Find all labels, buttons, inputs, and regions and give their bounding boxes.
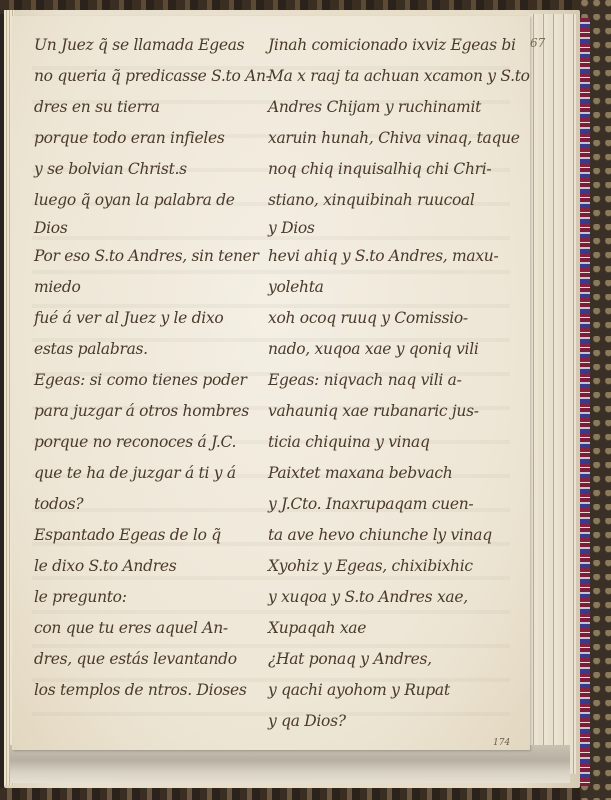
text-line: los templos de ntros. Dioses: [34, 675, 269, 706]
text-line: Egeas: si como tienes poder: [34, 365, 269, 396]
text-line: Espantado Egeas de lo q̃: [34, 520, 269, 551]
spanish-column: Un Juez q̃ se llamada Egeas no queria q̃…: [34, 30, 269, 706]
text-line: con que tu eres aquel An-: [34, 613, 269, 644]
text-line: hevi ahiq y S.to Andres, maxu-: [268, 241, 538, 272]
text-line: dres, que estás levantando: [34, 644, 269, 675]
text-line: estas palabras.: [34, 334, 269, 365]
page-number-bottom: 174: [493, 738, 510, 748]
book-cover-bottom: [0, 788, 611, 800]
maya-column: Jinah comicionado ixviz Egeas bi Ma x ra…: [268, 30, 538, 737]
text-line: y qachi ayohom y Rupat: [268, 675, 538, 706]
text-line: Paixtet maxana bebvach: [268, 458, 538, 489]
text-line: miedo: [34, 272, 269, 303]
text-line: y xuqoa y S.to Andres xae,: [268, 582, 538, 613]
text-line: ta ave hevo chiunche ly vinaq: [268, 520, 538, 551]
text-line: xaruin hunah, Chiva vinaq, taque: [268, 123, 538, 154]
text-line: le dixo S.to Andres: [34, 551, 269, 582]
text-line: no queria q̃ predicasse S.to An-: [34, 61, 269, 92]
text-line: vahauniq xae rubanaric jus-: [268, 396, 538, 427]
text-line: y qa Dios?: [268, 706, 538, 737]
text-line: Un Juez q̃ se llamada Egeas: [34, 30, 269, 61]
text-line: porque no reconoces á J.C.: [34, 427, 269, 458]
text-line: le pregunto:: [34, 582, 269, 613]
text-line: stiano, xinquibinah ruucoal: [268, 185, 538, 216]
text-line: Xupaqah xae: [268, 613, 538, 644]
text-line: Jinah comicionado ixviz Egeas bi: [268, 30, 538, 61]
marbled-page-edge: [580, 18, 590, 786]
text-line: ticia chiquina y vinaq: [268, 427, 538, 458]
text-line: Egeas: niqvach naq vili a-: [268, 365, 538, 396]
text-line: xoh ocoq ruuq y Comissio-: [268, 303, 538, 334]
text-line: noq chiq inquisalhiq chi Chri-: [268, 154, 538, 185]
text-line: yolehta: [268, 272, 538, 303]
text-line: Por eso S.to Andres, sin tener: [34, 241, 269, 272]
bottom-page-fold: [10, 745, 570, 783]
text-line: todos?: [34, 489, 269, 520]
text-line: fué á ver al Juez y le dixo: [34, 303, 269, 334]
text-line: nado, xuqoa xae y qoniq vili: [268, 334, 538, 365]
text-line: ¿Hat ponaq y Andres,: [268, 644, 538, 675]
text-line: y Dios: [268, 216, 538, 241]
text-line: y J.Cto. Inaxrupaqam cuen-: [268, 489, 538, 520]
text-line: y se bolvian Christ.s: [34, 154, 269, 185]
text-line: porque todo eran infieles: [34, 123, 269, 154]
text-line: luego q̃ oyan la palabra de: [34, 185, 269, 216]
text-line: dres en su tierra: [34, 92, 269, 123]
text-line: Xyohiz y Egeas, chixibixhic: [268, 551, 538, 582]
text-line: para juzgar á otros hombres: [34, 396, 269, 427]
text-line: Ma x raaj ta achuan xcamon y S.to: [268, 61, 538, 92]
text-line: Dios: [34, 216, 269, 241]
text-line: Andres Chijam y ruchinamit: [268, 92, 538, 123]
text-line: que te ha de juzgar á ti y á: [34, 458, 269, 489]
